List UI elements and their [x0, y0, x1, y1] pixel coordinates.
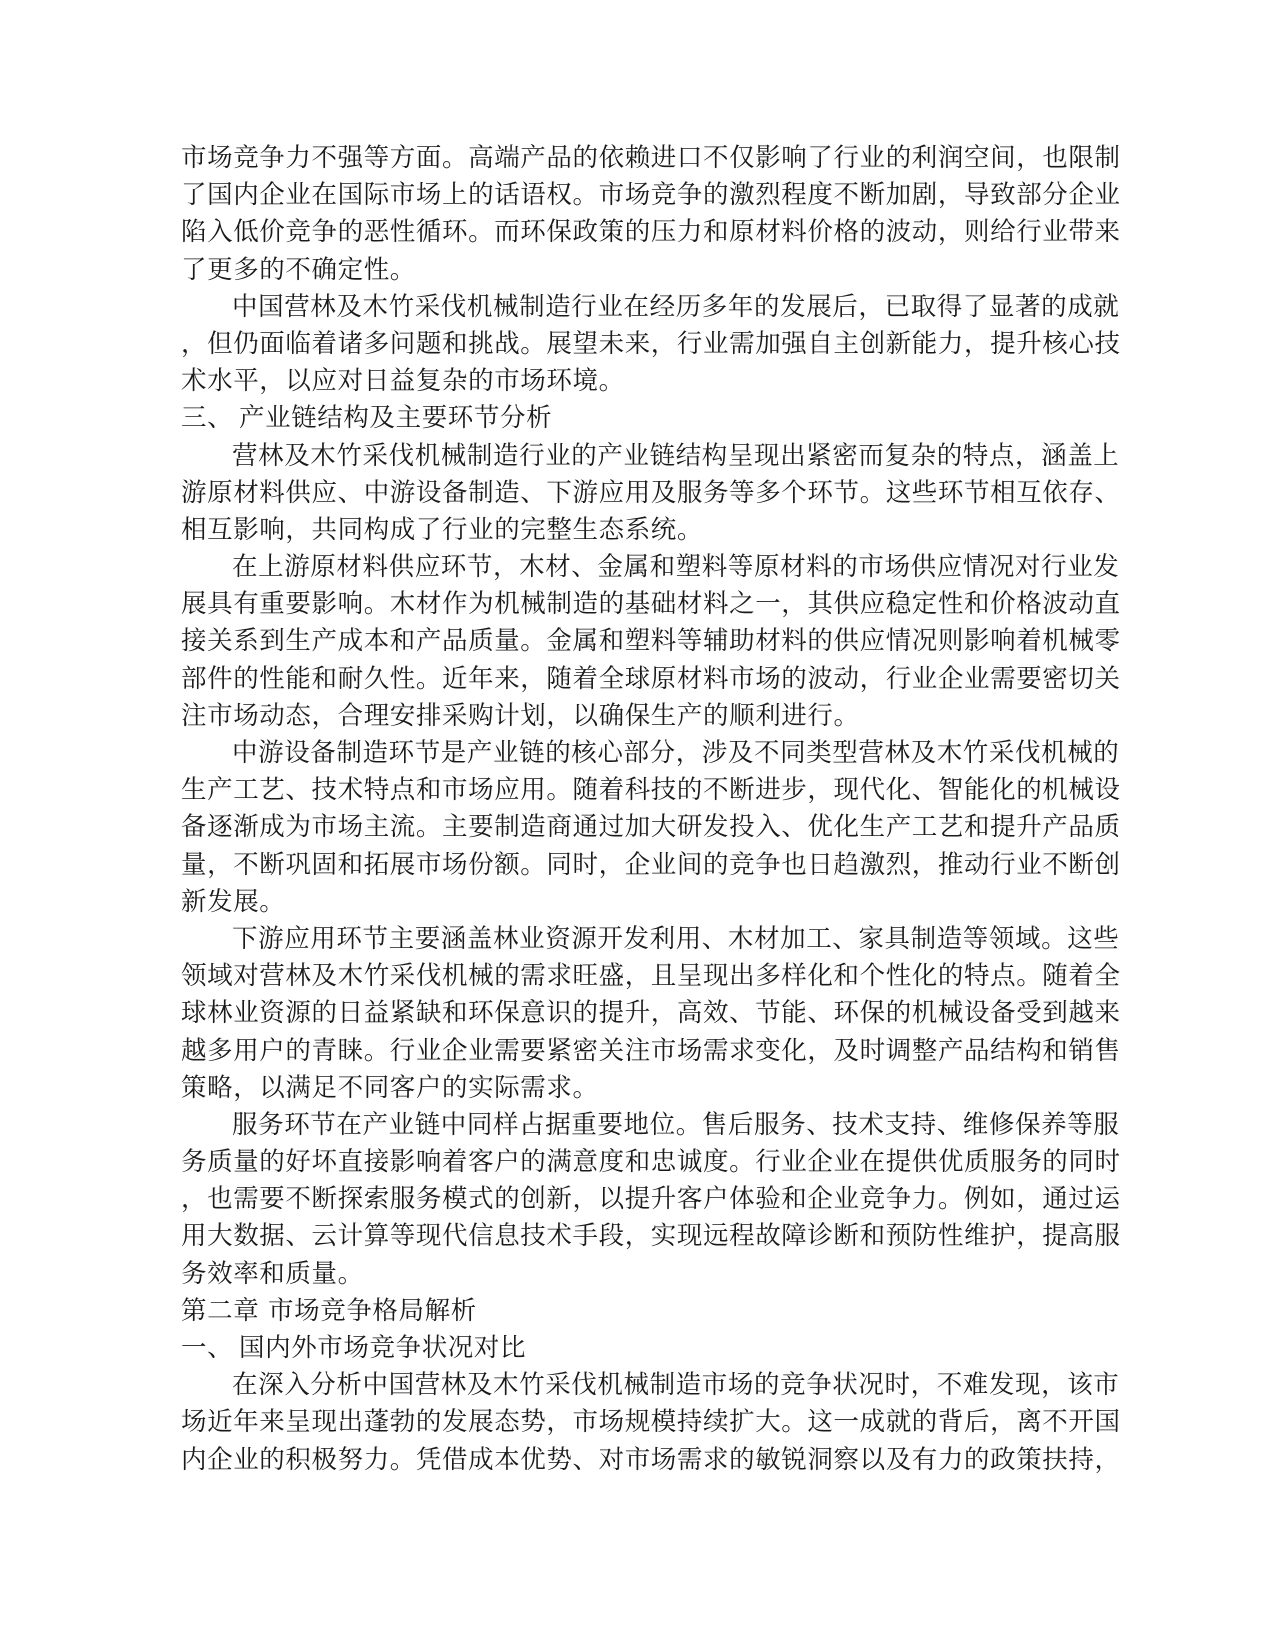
text-line: 备逐渐成为市场主流。主要制造商通过加大研发投入、优化生产工艺和提升产品质: [181, 809, 1075, 846]
text-line: 注市场动态，合理安排采购计划，以确保生产的顺利进行。: [181, 698, 1075, 735]
chapter-number: 第二章: [181, 1296, 259, 1326]
document-page: 市场竞争力不强等方面。高端产品的依赖进口不仅影响了行业的利润空间，也限制 了国内…: [181, 140, 1075, 1479]
text-line: 用大数据、云计算等现代信息技术手段，实现远程故障诊断和预防性维护，提高服: [181, 1218, 1075, 1255]
text-line: 生产工艺、技术特点和市场应用。随着科技的不断进步，现代化、智能化的机械设: [181, 772, 1075, 809]
paragraph-market-competition: 在深入分析中国营林及木竹采伐机械制造市场的竞争状况时，不难发现，该市 场近年来呈…: [181, 1367, 1075, 1479]
text-line: 接关系到生产成本和产品质量。金属和塑料等辅助材料的供应情况则影响着机械零: [181, 623, 1075, 660]
text-line: 量，不断巩固和拓展市场份额。同时，企业间的竞争也日趋激烈，推动行业不断创: [181, 847, 1075, 884]
paragraph-downstream: 下游应用环节主要涵盖林业资源开发利用、木材加工、家具制造等领域。这些 领域对营林…: [181, 921, 1075, 1107]
text-line: 中游设备制造环节是产业链的核心部分，涉及不同类型营林及木竹采伐机械的: [181, 735, 1075, 772]
section-number: 一、: [181, 1330, 239, 1367]
text-line: 在深入分析中国营林及木竹采伐机械制造市场的竞争状况时，不难发现，该市: [181, 1367, 1075, 1404]
text-line: 相互影响，共同构成了行业的完整生态系统。: [181, 512, 1075, 549]
text-line: 展具有重要影响。木材作为机械制造的基础材料之一，其供应稳定性和价格波动直: [181, 586, 1075, 623]
text-line: 领域对营林及木竹采伐机械的需求旺盛，且呈现出多样化和个性化的特点。随着全: [181, 958, 1075, 995]
section-title: 国内外市场竞争状况对比: [239, 1333, 526, 1363]
text-line: 越多用户的青睐。行业企业需要紧密关注市场需求变化，及时调整产品结构和销售: [181, 1033, 1075, 1070]
text-line: 了国内企业在国际市场上的话语权。市场竞争的激烈程度不断加剧，导致部分企业: [181, 177, 1075, 214]
text-line: 了更多的不确定性。: [181, 252, 1075, 289]
chapter-heading: 第二章 市场竞争格局解析: [181, 1293, 1075, 1330]
paragraph-chain-overview: 营林及木竹采伐机械制造行业的产业链结构呈现出紧密而复杂的特点，涵盖上 游原材料供…: [181, 438, 1075, 550]
text-line: 中国营林及木竹采伐机械制造行业在经历多年的发展后，已取得了显著的成就: [181, 289, 1075, 326]
paragraph-industry-outlook: 中国营林及木竹采伐机械制造行业在经历多年的发展后，已取得了显著的成就 ，但仍面临…: [181, 289, 1075, 401]
text-line: 部件的性能和耐久性。近年来，随着全球原材料市场的波动，行业企业需要密切关: [181, 661, 1075, 698]
text-line: 务效率和质量。: [181, 1256, 1075, 1293]
text-line: 市场竞争力不强等方面。高端产品的依赖进口不仅影响了行业的利润空间，也限制: [181, 140, 1075, 177]
paragraph-midstream: 中游设备制造环节是产业链的核心部分，涉及不同类型营林及木竹采伐机械的 生产工艺、…: [181, 735, 1075, 921]
paragraph-continuation: 市场竞争力不强等方面。高端产品的依赖进口不仅影响了行业的利润空间，也限制 了国内…: [181, 140, 1075, 289]
text-line: ，也需要不断探索服务模式的创新，以提升客户体验和企业竞争力。例如，通过运: [181, 1181, 1075, 1218]
text-line: 策略，以满足不同客户的实际需求。: [181, 1070, 1075, 1107]
section-number: 三、: [181, 400, 239, 437]
text-line: 球林业资源的日益紧缺和环保意识的提升，高效、节能、环保的机械设备受到越来: [181, 995, 1075, 1032]
text-line: 在上游原材料供应环节，木材、金属和塑料等原材料的市场供应情况对行业发: [181, 549, 1075, 586]
text-line: 营林及木竹采伐机械制造行业的产业链结构呈现出紧密而复杂的特点，涵盖上: [181, 438, 1075, 475]
text-line: 场近年来呈现出蓬勃的发展态势，市场规模持续扩大。这一成就的背后，离不开国: [181, 1404, 1075, 1441]
paragraph-services: 服务环节在产业链中同样占据重要地位。售后服务、技术支持、维修保养等服 务质量的好…: [181, 1107, 1075, 1293]
text-line: 务质量的好坏直接影响着客户的满意度和忠诚度。行业企业在提供优质服务的同时: [181, 1144, 1075, 1181]
section-title: 产业链结构及主要环节分析: [239, 403, 552, 433]
text-line: 陷入低价竞争的恶性循环。而环保政策的压力和原材料价格的波动，则给行业带来: [181, 214, 1075, 251]
text-line: 术水平，以应对日益复杂的市场环境。: [181, 363, 1075, 400]
chapter-title: 市场竞争格局解析: [268, 1296, 477, 1326]
text-line: 服务环节在产业链中同样占据重要地位。售后服务、技术支持、维修保养等服: [181, 1107, 1075, 1144]
text-line: 游原材料供应、中游设备制造、下游应用及服务等多个环节。这些环节相互依存、: [181, 475, 1075, 512]
text-line: 下游应用环节主要涵盖林业资源开发利用、木材加工、家具制造等领域。这些: [181, 921, 1075, 958]
section-heading-industry-chain: 三、产业链结构及主要环节分析: [181, 400, 1075, 437]
text-line: ，但仍面临着诸多问题和挑战。展望未来，行业需加强自主创新能力，提升核心技: [181, 326, 1075, 363]
section-heading-competition: 一、国内外市场竞争状况对比: [181, 1330, 1075, 1367]
text-line: 内企业的积极努力。凭借成本优势、对市场需求的敏锐洞察以及有力的政策扶持，: [181, 1442, 1075, 1479]
paragraph-upstream: 在上游原材料供应环节，木材、金属和塑料等原材料的市场供应情况对行业发 展具有重要…: [181, 549, 1075, 735]
text-line: 新发展。: [181, 884, 1075, 921]
heading-gap: [259, 1296, 268, 1326]
